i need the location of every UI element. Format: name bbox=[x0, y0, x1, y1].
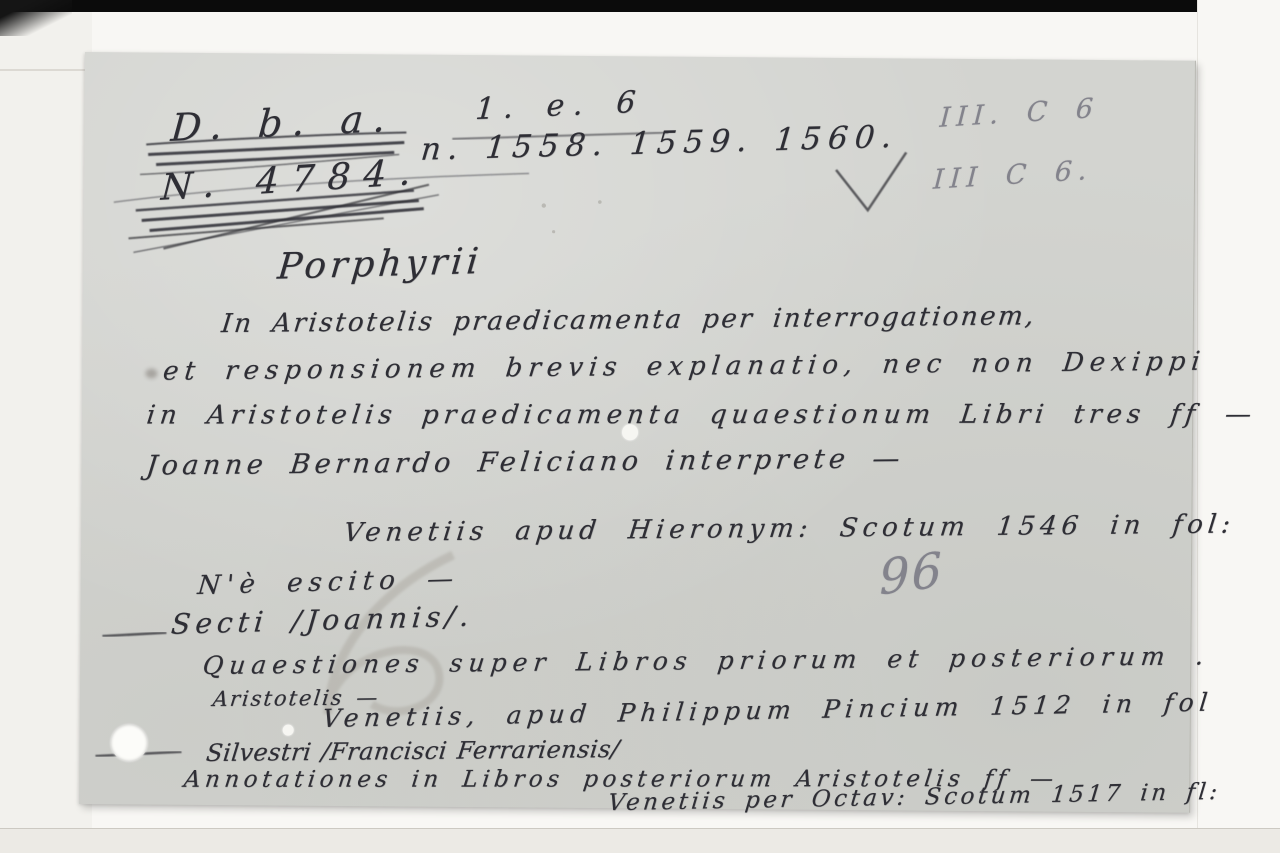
title-line-4: Joanne Bernardo Feliciano interprete — bbox=[145, 445, 906, 479]
catalog-card: D. b. a.N. 4784.1. e. 6n. 1558. 1559. 15… bbox=[79, 52, 1196, 813]
punch-hole bbox=[110, 724, 147, 761]
imprint-1546: Venetiis apud Hieronym: Scotum 1546 in f… bbox=[342, 512, 1236, 547]
imprint-1512: Venetiis, apud Philippum Pincium 1512 in… bbox=[321, 690, 1214, 731]
handwriting-layer: D. b. a.N. 4784.1. e. 6n. 1558. 1559. 15… bbox=[85, 52, 1195, 61]
margin-dash-entry2 bbox=[102, 632, 166, 637]
heading-shelfmark: 1. e. 6 bbox=[474, 88, 645, 126]
paper-damage-spot-small bbox=[283, 725, 294, 736]
note-italian: N'è escito — bbox=[196, 566, 460, 599]
scan-black-corner-topleft bbox=[0, 0, 72, 36]
author-heading: Porphyrii bbox=[276, 244, 484, 286]
shelfmark-right-2: III C 6. bbox=[932, 157, 1093, 194]
entry3-author: Silvestri /Francisci Ferrariensis/ bbox=[205, 737, 621, 765]
shelfmark-right-1: III. C 6 bbox=[939, 95, 1100, 132]
title-line-2: et responsionem brevis explanatio, nec n… bbox=[162, 349, 1208, 385]
pencil-number: 96 bbox=[879, 546, 944, 603]
cancelled-shelfmark-2: N. 4784. bbox=[160, 154, 425, 206]
scan-stage: D. b. a.N. 4784.1. e. 6n. 1558. 1559. 15… bbox=[0, 0, 1280, 853]
title-line-3: in Aristotelis praedicamenta quaestionum… bbox=[145, 402, 1258, 429]
flourish-check bbox=[836, 152, 906, 211]
edge-smudge bbox=[145, 368, 157, 378]
entry2-title: Quaestiones super Libros priorum et post… bbox=[201, 643, 1211, 678]
scan-black-edge-top bbox=[0, 0, 1197, 12]
cancelled-shelfmark-1: D. b. a. bbox=[170, 99, 397, 147]
backing-sheet-left bbox=[0, 10, 92, 830]
entry2-author: Secti /Joannis/. bbox=[170, 603, 475, 639]
backing-seam-left bbox=[0, 69, 92, 71]
pencil-specks bbox=[541, 200, 601, 234]
title-line-1: In Aristotelis praedicamenta per interro… bbox=[220, 303, 1037, 337]
heading-numbers: n. 1558. 1559. 1560. bbox=[419, 122, 899, 166]
scan-bottom-band bbox=[0, 828, 1280, 853]
